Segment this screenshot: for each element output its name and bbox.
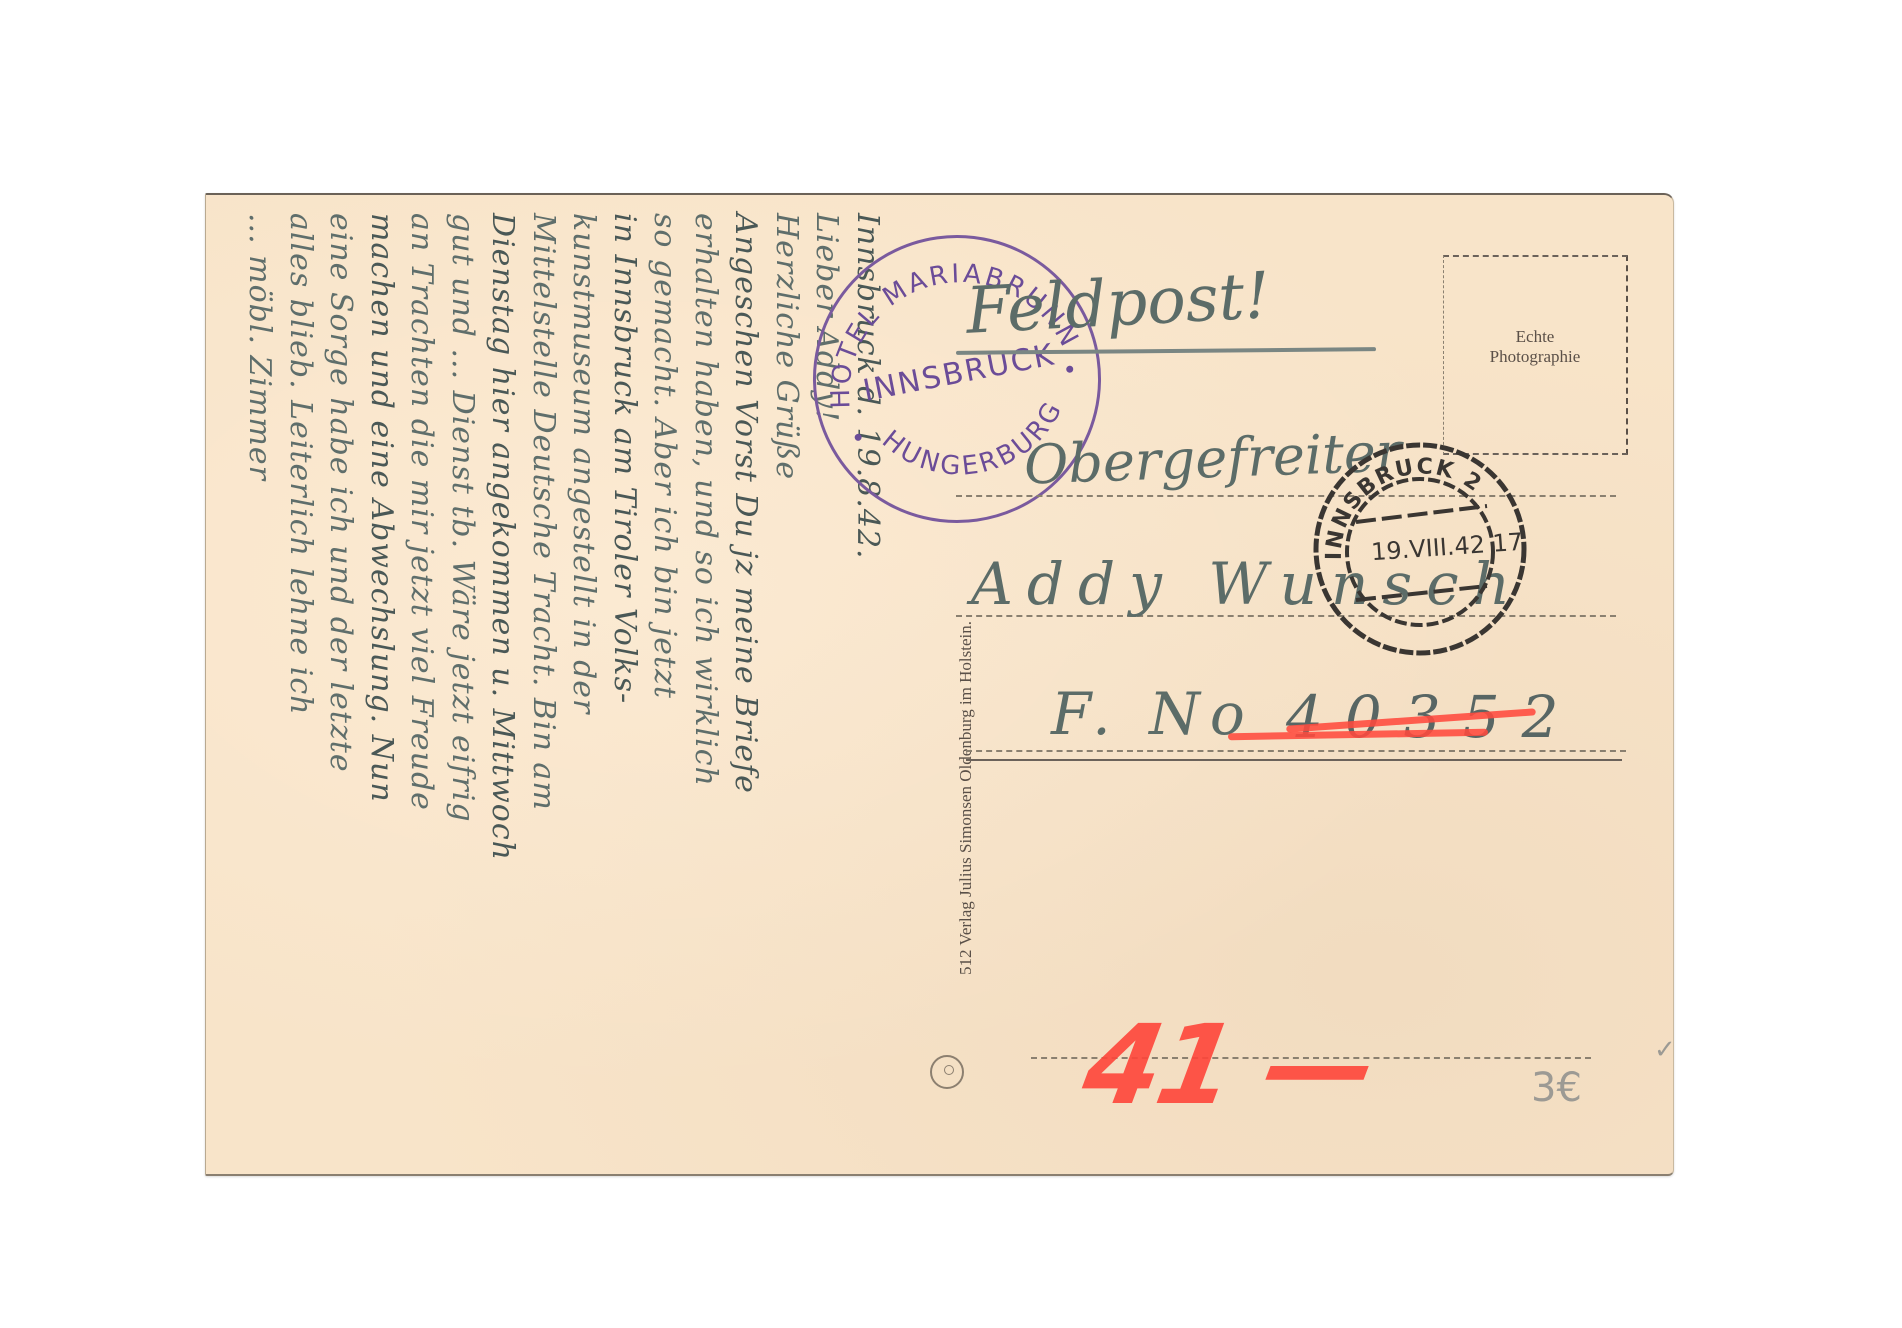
postcard-back: Innsbruck d. 19.8.42.Lieber Addy!Herzlic… [205, 193, 1674, 1176]
handwritten-letter: Innsbruck d. 19.8.42.Lieber Addy!Herzlic… [216, 195, 901, 1170]
letter-line: so gemacht. Aber ich bin jetzt [644, 213, 685, 1152]
letter-line: in Innsbruck am Tiroler Volks- [604, 213, 645, 1152]
stamp-placement-box: Echte Photographie [1443, 255, 1628, 455]
postmark-innsbruck: INNSBRUCK 2 19.VIII.42 17 [1311, 440, 1529, 658]
stamp-box-label-line2: Photographie [1444, 347, 1626, 367]
letter-margin-line: ... möbl. Zimmer [239, 213, 280, 1152]
publisher-logo-icon [930, 1055, 964, 1089]
letter-line: gut und ... Dienst tb. Wäre jetzt eifrig [442, 213, 483, 1152]
red-crayon-number: 41 — [1075, 1001, 1383, 1129]
letter-line: an Trachten die mir jetzt viel Freude [401, 213, 442, 1152]
address-feldpost: Feldpost! [964, 259, 1271, 349]
pencil-check-mark: ✓ [1654, 1035, 1676, 1065]
letter-line: machen und eine Abwechslung. Nun [361, 213, 402, 1152]
letter-line: erhalten haben, und so ich wirklich [685, 213, 726, 1152]
letter-line: kunstmuseum angestellt in der [563, 213, 604, 1152]
stamp-box-label-line1: Echte [1444, 327, 1626, 347]
letter-line: Angeschen Vorst Du jz meine Briefe [725, 213, 766, 1152]
address-line-3-solid [966, 759, 1622, 761]
letter-line: Dienstag hier angekommen u. Mittwoch [482, 213, 523, 1152]
address-fpn-prefix: F. No [1051, 680, 1255, 748]
pencil-price: 3€ [1531, 1065, 1582, 1111]
letter-line: alles blieb. Leiterlich lehne ich [280, 213, 321, 1152]
letter-line: Mittelstelle Deutsche Tracht. Bin am [523, 213, 564, 1152]
letter-line: eine Sorge habe ich und der letzte [320, 213, 361, 1152]
letter-line: Herzliche Grüße [766, 213, 807, 1152]
stamp-box-label: Echte Photographie [1444, 327, 1626, 367]
letter-text: Innsbruck d. 19.8.42.Lieber Addy!Herzlic… [216, 195, 901, 1170]
